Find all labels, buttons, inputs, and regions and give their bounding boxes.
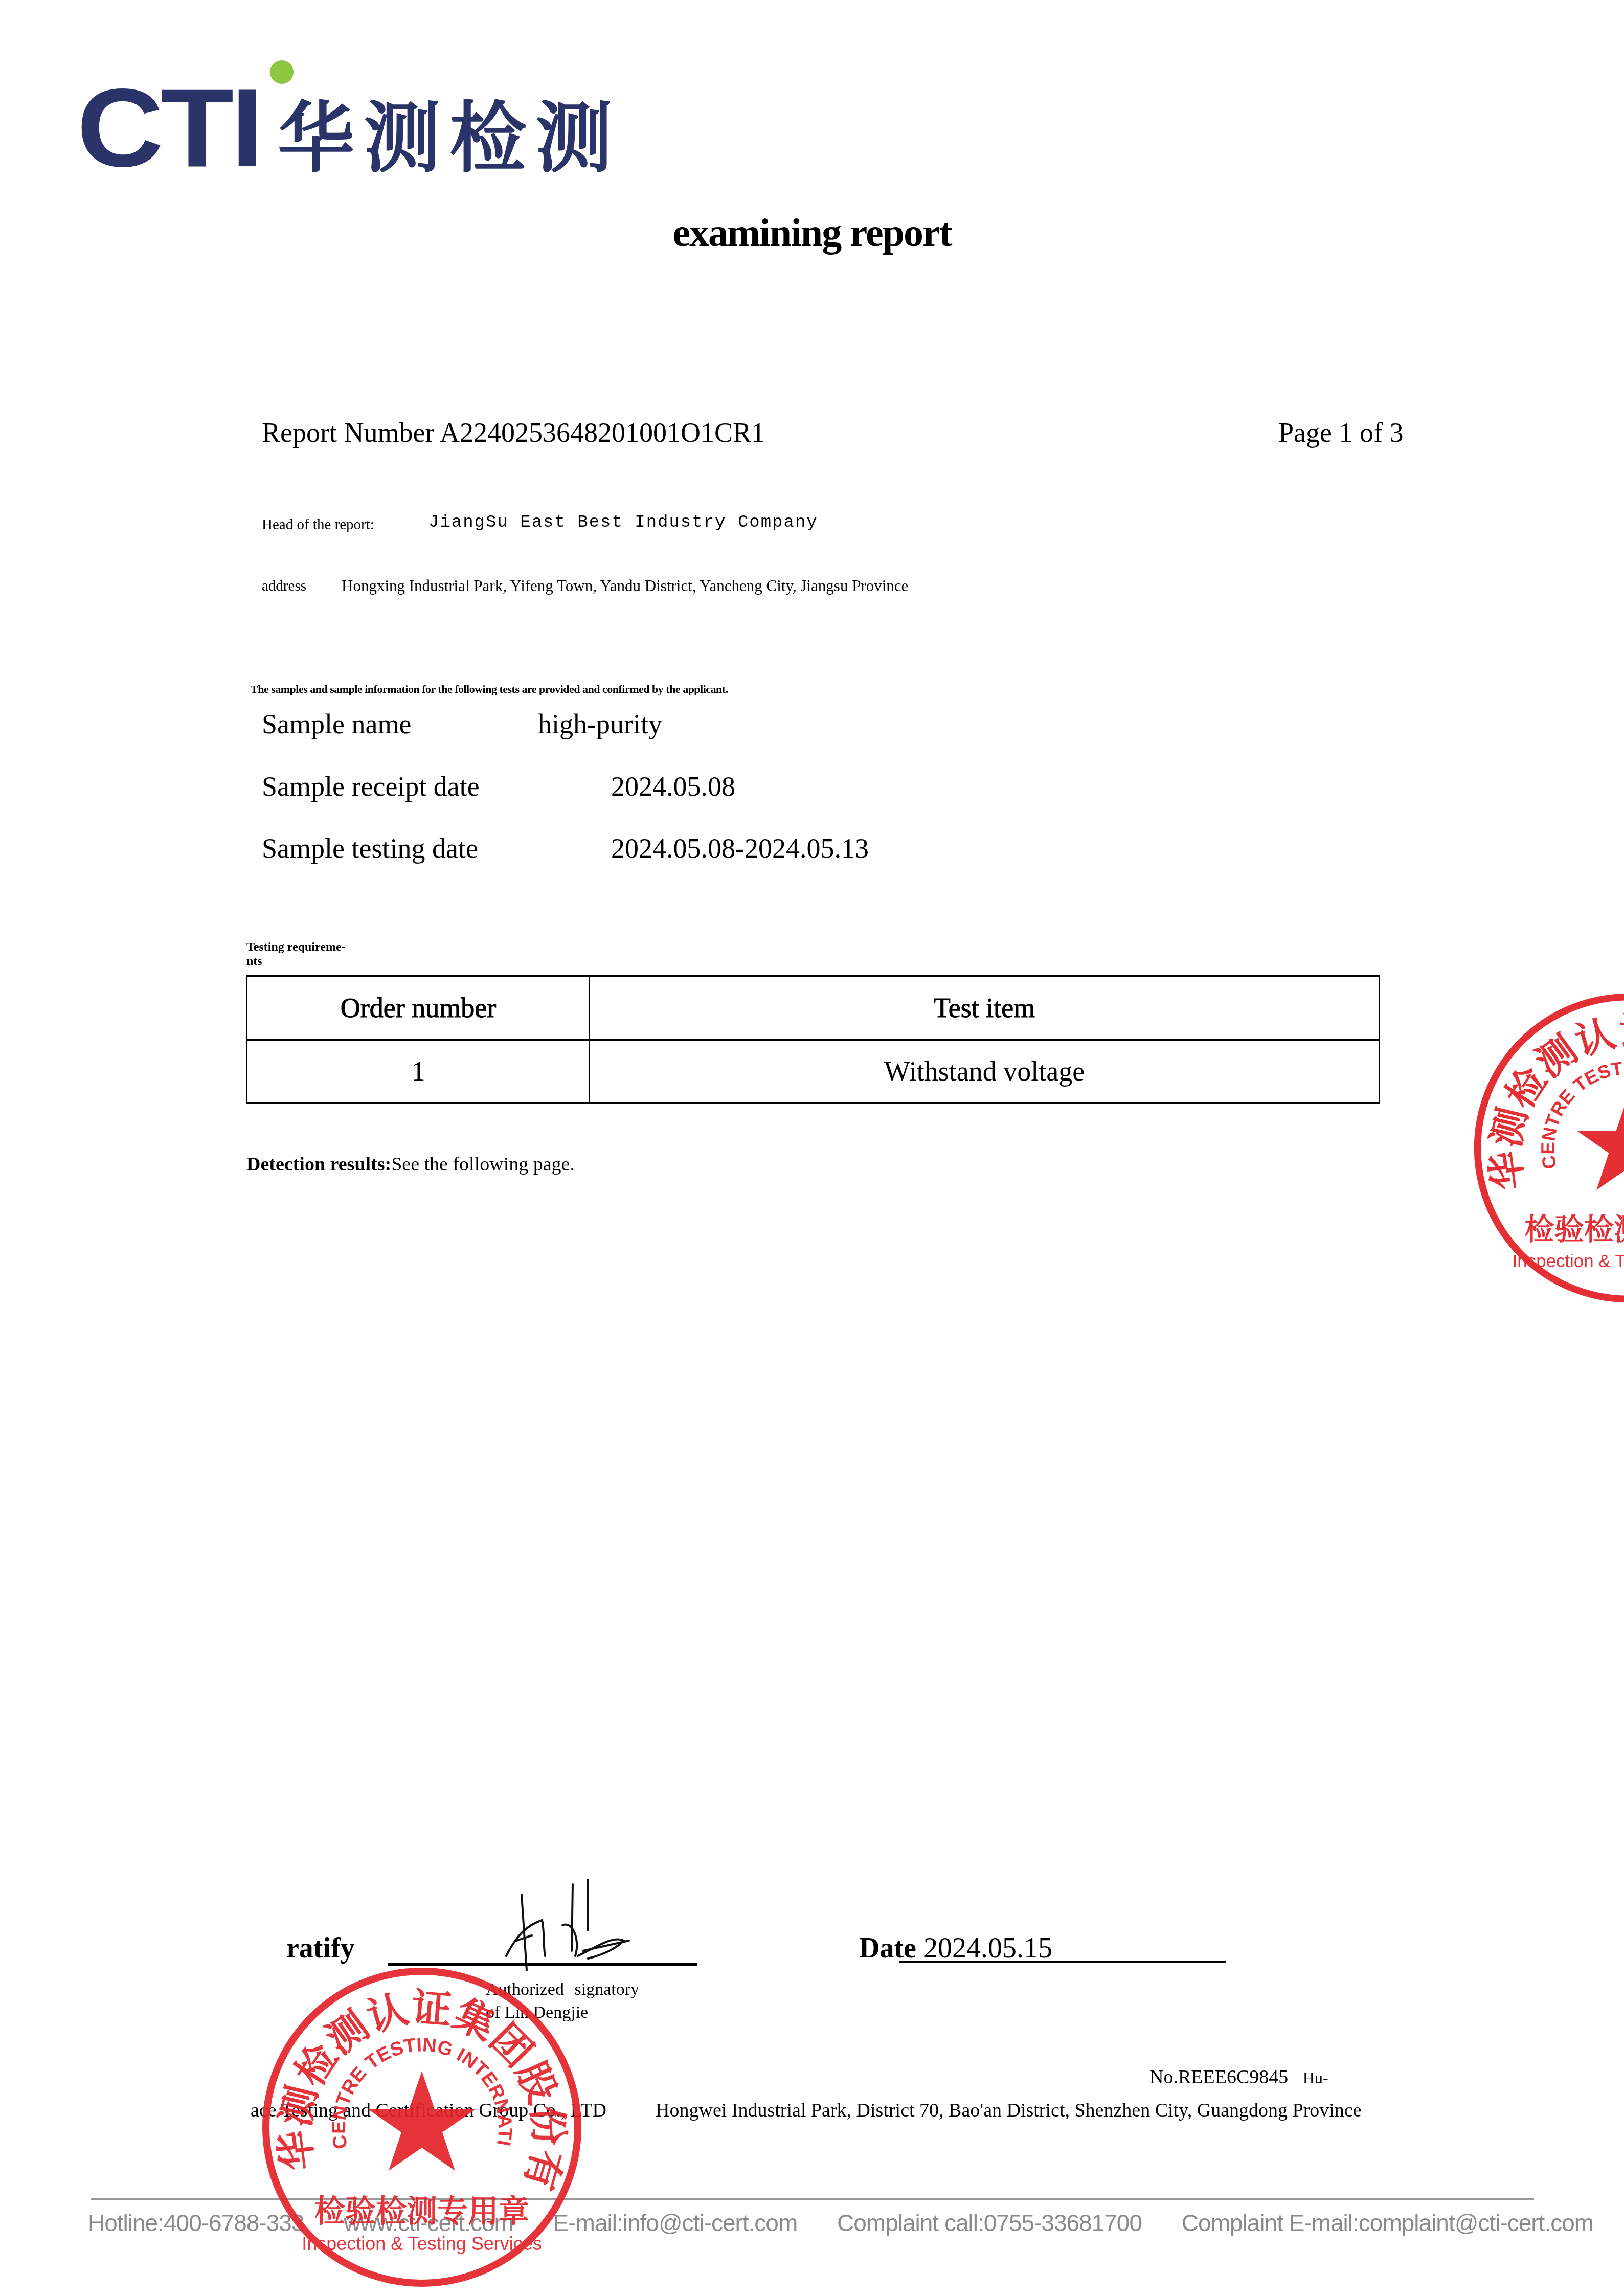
company-logo: CTI 华测检测: [77, 61, 621, 184]
sample-testing-date-label: Sample testing date: [262, 832, 478, 864]
head-of-report-value: JiangSu East Best Industry Company: [428, 513, 818, 532]
column-header-order-number: Order number: [247, 976, 590, 1040]
test-item-cell: Withstand voltage: [590, 1040, 1379, 1103]
issuer-name: ace Testing and Certification Group Co.,…: [251, 2099, 606, 2122]
sample-receipt-date-label: Sample receipt date: [262, 771, 480, 802]
testing-requirements-label: Testing requireme- nts: [246, 940, 369, 969]
issuer-address: Hongwei Industrial Park, District 70, Ba…: [656, 2099, 1362, 2122]
svg-text:检验检测专用章: 检验检测专用章: [1525, 1212, 1624, 1247]
authorized-signatory: Authorized signatory of Lin Dengjie: [486, 1978, 639, 2024]
official-seal-stamp-icon: 华测检测认证集团股份有限公司 CENTRE TESTING INTERNATIO…: [1470, 989, 1624, 1307]
handwritten-signature: [486, 1879, 680, 1971]
column-header-test-item: Test item: [590, 976, 1379, 1040]
req-label-line2: nts: [246, 954, 369, 969]
sample-testing-date-value: 2024.05.08-2024.05.13: [611, 832, 869, 864]
svg-text:华测检测认证集团股份有限公司: 华测检测认证集团股份有限公司: [1470, 989, 1624, 1214]
test-items-table: Order number Test item 1 Withstand volta…: [246, 975, 1380, 1104]
footer-complaint-email[interactable]: Complaint E-mail:complaint@cti-cert.com: [1182, 2210, 1593, 2236]
date-value: 2024.05.15: [923, 1932, 1052, 1964]
ratify-label: ratify: [286, 1932, 355, 1965]
footer-hotline: Hotline:400-6788-333: [88, 2210, 304, 2236]
table-row: 1 Withstand voltage: [247, 1040, 1379, 1103]
svg-text:Inspection & Testing Services: Inspection & Testing Services: [1513, 1251, 1624, 1271]
report-number: Report Number A2240253648201001O1CR1: [262, 417, 765, 448]
table-header-row: Order number Test item: [247, 976, 1379, 1040]
svg-text:CENTRE TESTING INTERNATIONAL G: CENTRE TESTING INTERNATIONAL GROUP CO.,L…: [258, 1964, 516, 2151]
ratify-signature-line: [388, 1963, 697, 1966]
detection-results-label: Detection results:: [246, 1154, 391, 1175]
date-line: [899, 1961, 1226, 1963]
date-label: Date: [859, 1932, 916, 1964]
sample-name-label: Sample name: [262, 708, 411, 740]
address-label: address: [262, 578, 306, 595]
approval-date: Date 2024.05.15: [859, 1932, 1052, 1965]
sample-notice: The samples and sample information for t…: [251, 683, 728, 696]
footer-divider: [91, 2198, 1534, 2200]
issuer-number-suffix: Hu-: [1303, 2068, 1328, 2087]
sample-receipt-date-value: 2024.05.08: [611, 771, 735, 802]
logo-chinese-text: 华测检测: [278, 100, 621, 184]
head-of-report-label: Head of the report:: [262, 516, 374, 533]
footer-contacts: Hotline:400-6788-333 www.cti-cert.com E-…: [88, 2209, 1593, 2237]
sample-name-value: high-purity: [538, 708, 662, 740]
page-indicator: Page 1 of 3: [1278, 417, 1403, 448]
req-label-line1: Testing requireme-: [246, 940, 369, 954]
footer-email[interactable]: E-mail:info@cti-cert.com: [553, 2210, 798, 2236]
issuer-number: No.REEE6C9845 Hu-: [1149, 2066, 1328, 2088]
issuer-number-value: No.REEE6C9845: [1149, 2066, 1288, 2088]
detection-results: Detection results:See the following page…: [246, 1153, 575, 1176]
detection-results-value: See the following page.: [391, 1154, 575, 1175]
footer-complaint-call: Complaint call:0755-33681700: [837, 2210, 1142, 2236]
logo-dot-icon: [270, 60, 294, 84]
report-number-value: A2240253648201001O1CR1: [440, 417, 765, 448]
footer-website[interactable]: www.cti-cert.com: [344, 2210, 513, 2236]
svg-text:CENTRE TESTING INTERNATIONAL G: CENTRE TESTING INTERNATIONAL GROUP CO.,L…: [1470, 989, 1624, 1170]
report-number-label: Report Number: [262, 417, 434, 448]
order-number-cell: 1: [247, 1040, 590, 1103]
logo-cti-text: CTI: [77, 73, 261, 184]
address-value: Hongxing Industrial Park, Yifeng Town, Y…: [342, 577, 908, 595]
document-title: examining report: [0, 210, 1624, 256]
